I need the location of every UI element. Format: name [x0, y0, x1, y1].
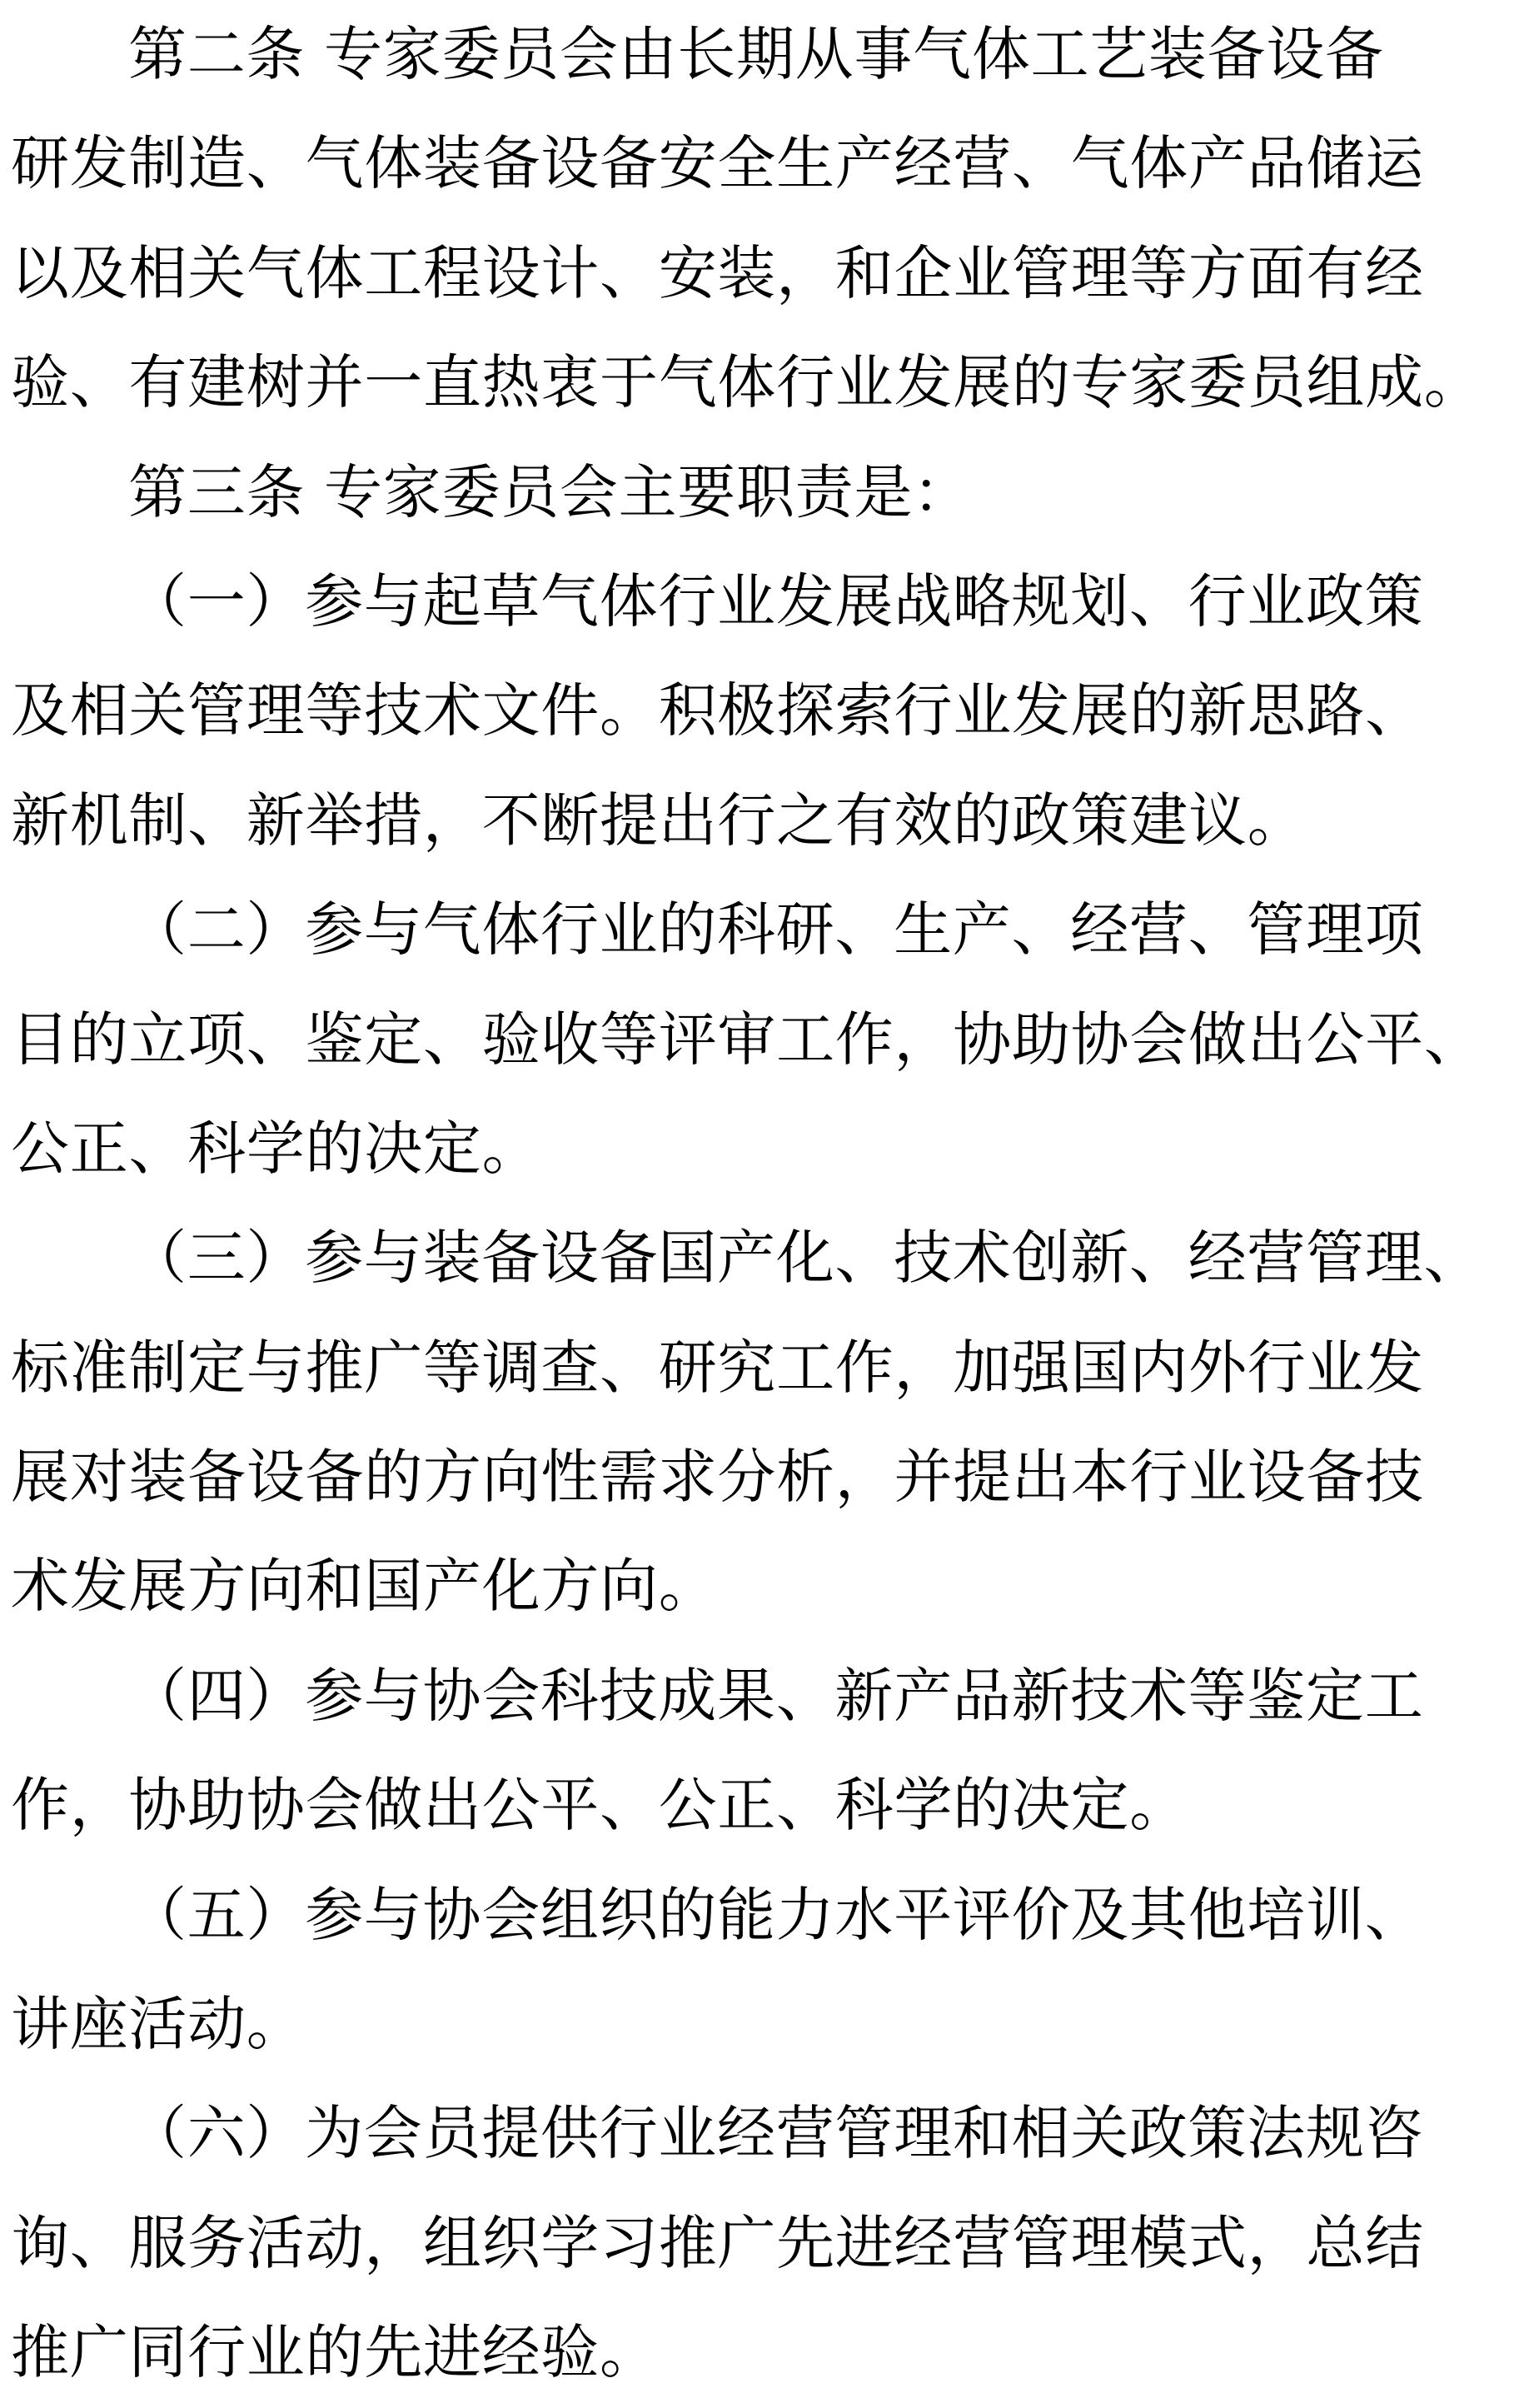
paragraph-article-3: 第三条 专家委员会主要职责是： — [11, 438, 1510, 547]
paragraph-duty-2: （二）参与气体行业的科研、生产、经营、管理项 目的立项、鉴定、验收等评审工作，协… — [11, 875, 1510, 1204]
paragraph-duty-1: （一）参与起草气体行业发展战略规划、行业政策 及相关管理等技术文件。积极探索行业… — [11, 547, 1510, 875]
text-line: （五）参与协会组织的能力水平评价及其他培训、 — [11, 1861, 1510, 1970]
paragraph-duty-5: （五）参与协会组织的能力水平评价及其他培训、 讲座活动。 — [11, 1861, 1510, 2080]
text-line: 术发展方向和国产化方向。 — [11, 1532, 1510, 1641]
paragraph-duty-6: （六）为会员提供行业经营管理和相关政策法规咨 询、服务活动，组织学习推广先进经营… — [11, 2079, 1510, 2407]
text-line: （二）参与气体行业的科研、生产、经营、管理项 — [11, 875, 1510, 985]
text-line: 及相关管理等技术文件。积极探索行业发展的新思路、 — [11, 656, 1510, 765]
text-line: 展对装备设备的方向性需求分析，并提出本行业设备技 — [11, 1423, 1510, 1532]
text-line: 讲座活动。 — [11, 1970, 1510, 2079]
text-line: 研发制造、气体装备设备安全生产经营、气体产品储运 — [11, 109, 1510, 218]
text-line: 新机制、新举措，不断提出行之有效的政策建议。 — [11, 766, 1510, 875]
paragraph-article-2: 第二条 专家委员会由长期从事气体工艺装备设备 研发制造、气体装备设备安全生产经营… — [11, 0, 1510, 438]
text-line: 标准制定与推广等调查、研究工作，加强国内外行业发 — [11, 1314, 1510, 1423]
text-line: （三）参与装备设备国产化、技术创新、经营管理、 — [11, 1204, 1510, 1313]
text-line: 作，协助协会做出公平、公正、科学的决定。 — [11, 1751, 1510, 1860]
text-line: 公正、科学的决定。 — [11, 1094, 1510, 1204]
paragraph-duty-4: （四）参与协会科技成果、新产品新技术等鉴定工 作，协助协会做出公平、公正、科学的… — [11, 1642, 1510, 1861]
text-line: 以及相关气体工程设计、安装，和企业管理等方面有经 — [11, 219, 1510, 328]
text-line: 推广同行业的先进经验。 — [11, 2298, 1510, 2407]
paragraph-duty-3: （三）参与装备设备国产化、技术创新、经营管理、 标准制定与推广等调查、研究工作，… — [11, 1204, 1510, 1642]
text-line: 目的立项、鉴定、验收等评审工作，协助协会做出公平、 — [11, 985, 1510, 1094]
text-line: （四）参与协会科技成果、新产品新技术等鉴定工 — [11, 1642, 1510, 1751]
document-page: 第二条 专家委员会由长期从事气体工艺装备设备 研发制造、气体装备设备安全生产经营… — [11, 0, 1510, 2408]
text-line: 询、服务活动，组织学习推广先进经营管理模式，总结 — [11, 2189, 1510, 2298]
text-line: 第三条 专家委员会主要职责是： — [11, 438, 1510, 547]
text-line: （六）为会员提供行业经营管理和相关政策法规咨 — [11, 2079, 1510, 2188]
text-line: （一）参与起草气体行业发展战略规划、行业政策 — [11, 547, 1510, 656]
text-line: 第二条 专家委员会由长期从事气体工艺装备设备 — [11, 0, 1510, 109]
text-line: 验、有建树并一直热衷于气体行业发展的专家委员组成。 — [11, 328, 1510, 437]
